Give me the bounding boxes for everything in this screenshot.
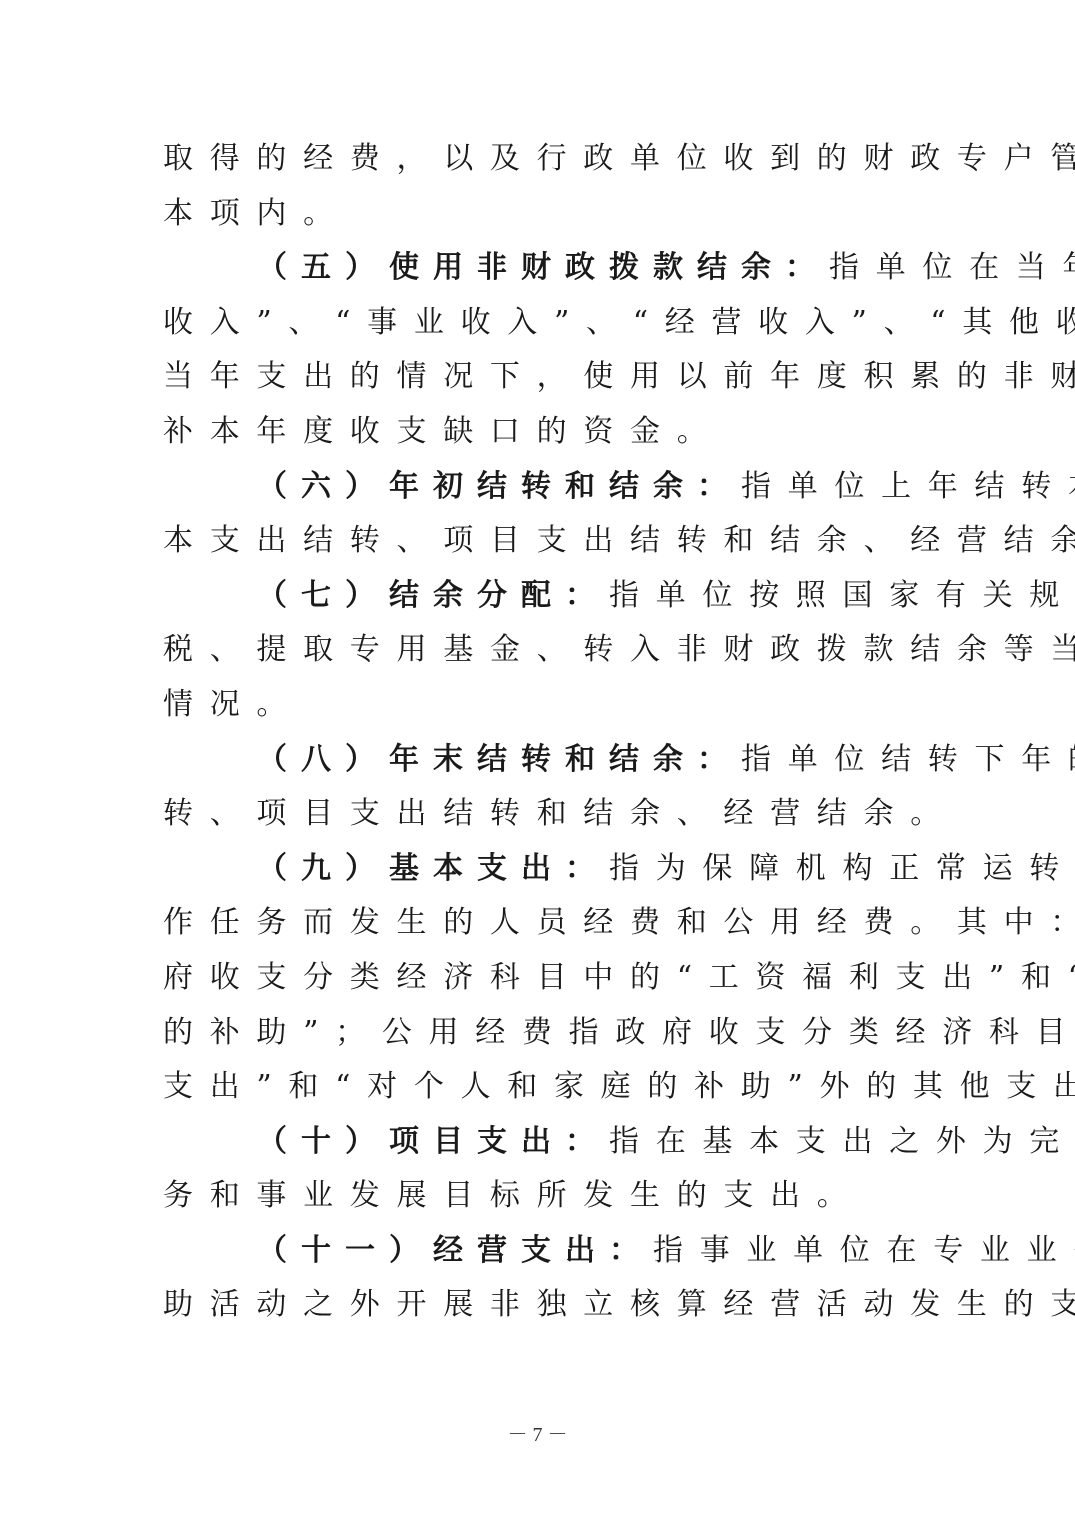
item-text: 指单位上年结转本年使用的基 [741, 469, 1075, 504]
paragraph-first-line: （十）项目支出：指在基本支出之外为完成特定行政任 [163, 1115, 915, 1170]
text-line: 府收支分类经济科目中的“工资福利支出”和“对个人和家庭 [163, 951, 915, 1006]
text-line: 补本年度收支缺口的资金。 [163, 405, 915, 460]
item-heading: （八）年末结转和结余： [257, 742, 741, 777]
text-line: 转、项目支出结转和结余、经营结余。 [163, 787, 915, 842]
item-heading: （七）结余分配： [257, 578, 609, 613]
text-line: 情况。 [163, 678, 915, 733]
item-text: 指单位按照国家有关规定，缴纳所得 [609, 578, 1075, 613]
paragraph-item-11: （十一）经营支出：指事业单位在专业业务活动及其辅 助活动之外开展非独立核算经营活… [163, 1224, 915, 1333]
text-line: 助活动之外开展非独立核算经营活动发生的支出。 [163, 1278, 915, 1333]
item-text: 指单位在当年的“财政拨款 [829, 250, 1075, 285]
item-heading: （十一）经营支出： [257, 1233, 653, 1268]
paragraph-first-line: （八）年末结转和结余：指单位结转下年的基本支出结 [163, 733, 915, 788]
text-line: 的补助”；公用经费指政府收支分类经济科目中除“工资福利 [163, 1006, 915, 1061]
item-text: 指在基本支出之外为完成特定行政任 [609, 1124, 1075, 1159]
paragraph-item-5: （五）使用非财政拨款结余：指单位在当年的“财政拨款 收入”、“事业收入”、“经营… [163, 241, 915, 459]
paragraph-item-6: （六）年初结转和结余：指单位上年结转本年使用的基 本支出结转、项目支出结转和结余… [163, 460, 915, 569]
text-line: 务和事业发展目标所发生的支出。 [163, 1169, 915, 1224]
paragraph-first-line: （九）基本支出：指为保障机构正常运转、完成日常工 [163, 842, 915, 897]
page-number: － 7 － [0, 1418, 1075, 1447]
paragraph-first-line: （六）年初结转和结余：指单位上年结转本年使用的基 [163, 460, 915, 515]
item-heading: （九）基本支出： [257, 851, 609, 886]
text-line: 税、提取专用基金、转入非财政拨款结余等当年结余的分配 [163, 623, 915, 678]
document-page: 取得的经费，以及行政单位收到的财政专户管理资金反映在 本项内。 （五）使用非财政… [163, 132, 915, 1333]
item-text: 指事业单位在专业业务活动及其辅 [653, 1233, 1075, 1268]
item-text: 指为保障机构正常运转、完成日常工 [609, 851, 1075, 886]
text-line: 作任务而发生的人员经费和公用经费。其中：人员经费指政 [163, 896, 915, 951]
text-line: 当年支出的情况下，使用以前年度积累的非财政拨款结余弥 [163, 350, 915, 405]
paragraph-first-line: （十一）经营支出：指事业单位在专业业务活动及其辅 [163, 1224, 915, 1279]
text-line: 收入”、“事业收入”、“经营收入”、“其他收入”等不足以安排 [163, 296, 915, 351]
paragraph-continued: 取得的经费，以及行政单位收到的财政专户管理资金反映在 本项内。 [163, 132, 915, 241]
item-heading: （六）年初结转和结余： [257, 469, 741, 504]
paragraph-item-9: （九）基本支出：指为保障机构正常运转、完成日常工 作任务而发生的人员经费和公用经… [163, 842, 915, 1115]
item-heading: （十）项目支出： [257, 1124, 609, 1159]
text-line: 取得的经费，以及行政单位收到的财政专户管理资金反映在 [163, 132, 915, 187]
item-heading: （五）使用非财政拨款结余： [257, 250, 829, 285]
text-line: 本项内。 [163, 187, 915, 242]
paragraph-first-line: （七）结余分配：指单位按照国家有关规定，缴纳所得 [163, 569, 915, 624]
item-text: 指单位结转下年的基本支出结 [741, 742, 1075, 777]
paragraph-item-7: （七）结余分配：指单位按照国家有关规定，缴纳所得 税、提取专用基金、转入非财政拨… [163, 569, 915, 733]
paragraph-first-line: （五）使用非财政拨款结余：指单位在当年的“财政拨款 [163, 241, 915, 296]
text-line: 支出”和“对个人和家庭的补助”外的其他支出。 [163, 1060, 915, 1115]
paragraph-item-10: （十）项目支出：指在基本支出之外为完成特定行政任 务和事业发展目标所发生的支出。 [163, 1115, 915, 1224]
paragraph-item-8: （八）年末结转和结余：指单位结转下年的基本支出结 转、项目支出结转和结余、经营结… [163, 733, 915, 842]
text-line: 本支出结转、项目支出结转和结余、经营结余。 [163, 514, 915, 569]
